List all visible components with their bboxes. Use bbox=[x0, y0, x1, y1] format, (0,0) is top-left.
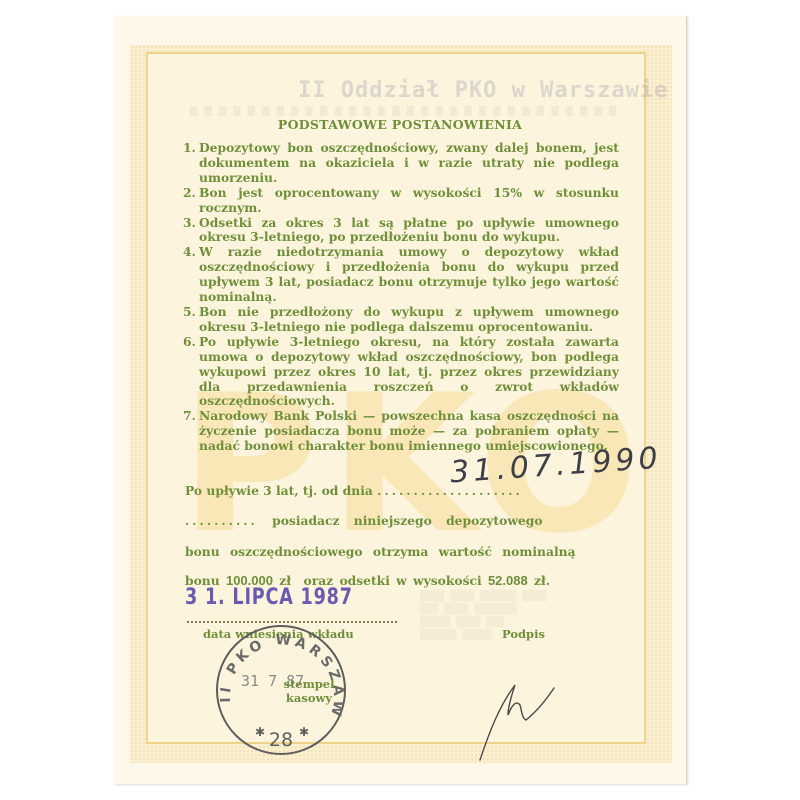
cash-stamp-label-line-2: kasowy bbox=[286, 691, 332, 705]
clause-text: Depozytowy bon oszczędnościowy, zwany da… bbox=[199, 140, 619, 185]
redemption-text: posiadacz niniejszego depozytowego bbox=[272, 513, 542, 528]
clause-number: 3. bbox=[183, 216, 196, 231]
cash-stamp-label-line-1: stempel bbox=[284, 677, 335, 691]
clause-number: 5. bbox=[183, 305, 196, 320]
clause-item: 1.Depozytowy bon oszczędnościowy, zwany … bbox=[183, 141, 619, 186]
redemption-line-1: Po upływie 3 lat, tj. od dnia ..........… bbox=[185, 483, 621, 498]
clause-item: 6.Po upływie 3-letniego okresu, na który… bbox=[183, 335, 619, 410]
clauses-list: 1.Depozytowy bon oszczędnościowy, zwany … bbox=[183, 141, 619, 454]
clause-text: Odsetki za okres 3 lat są płatne po upły… bbox=[199, 215, 619, 245]
clause-text: Bon jest oprocentowany w wysokości 15% w… bbox=[199, 185, 619, 215]
redemption-prefix: Po upływie 3 lat, tj. od dnia bbox=[185, 483, 373, 498]
clause-text: Po upływie 3-letniego okresu, na który z… bbox=[199, 334, 619, 409]
svg-text:✱: ✱ bbox=[255, 725, 265, 739]
redemption-line-2: .......... posiadacz niniejszego depozyt… bbox=[185, 513, 621, 528]
stamp-number: 28 bbox=[269, 729, 293, 751]
handwritten-signature bbox=[470, 660, 590, 770]
clause-number: 2. bbox=[183, 186, 196, 201]
clause-text: Bon nie przedłożony do wykupu z upływem … bbox=[199, 304, 619, 334]
clause-item: 4.W razie niedotrzymania umowy o depozyt… bbox=[183, 245, 619, 305]
background-show-through: ▒ ▒ ▒ ▒ ▒ ▒ ▒ ▒ ▒ ▒ ▒ ▒ ▒ ▒ ▒ ▒ ▒ ▒ ▒ ▒ … bbox=[190, 106, 620, 116]
background-branch-stamp: II Oddział PKO w Warszawie bbox=[298, 78, 668, 103]
cash-stamp-label: stempel kasowy bbox=[279, 677, 339, 705]
svg-text:✱: ✱ bbox=[299, 725, 309, 739]
clause-number: 1. bbox=[183, 141, 196, 156]
clause-number: 6. bbox=[183, 335, 196, 350]
clause-number: 7. bbox=[183, 409, 196, 424]
signature-label: Podpis bbox=[502, 627, 545, 641]
clause-text: Narodowy Bank Polski — powszechna kasa o… bbox=[199, 408, 619, 453]
fill-dots: .......... bbox=[185, 513, 258, 528]
interest-value: 52.088 bbox=[488, 573, 528, 588]
clause-item: 2.Bon jest oprocentowany w wysokości 15%… bbox=[183, 186, 619, 216]
clause-item: 3.Odsetki za okres 3 lat są płatne po up… bbox=[183, 216, 619, 246]
document-title: PODSTAWOWE POSTANOWIENIA bbox=[150, 117, 650, 132]
clause-item: 5.Bon nie przedłożony do wykupu z upływe… bbox=[183, 305, 619, 335]
clause-number: 4. bbox=[183, 245, 196, 260]
currency: zł. bbox=[534, 573, 550, 588]
clause-text: W razie niedotrzymania umowy o depozytow… bbox=[199, 244, 619, 304]
deposit-date-stamp: 3 1. LIPCA 1987 bbox=[185, 585, 353, 610]
redemption-line-3: bonu oszczędnościowego otrzyma wartość n… bbox=[185, 544, 621, 559]
